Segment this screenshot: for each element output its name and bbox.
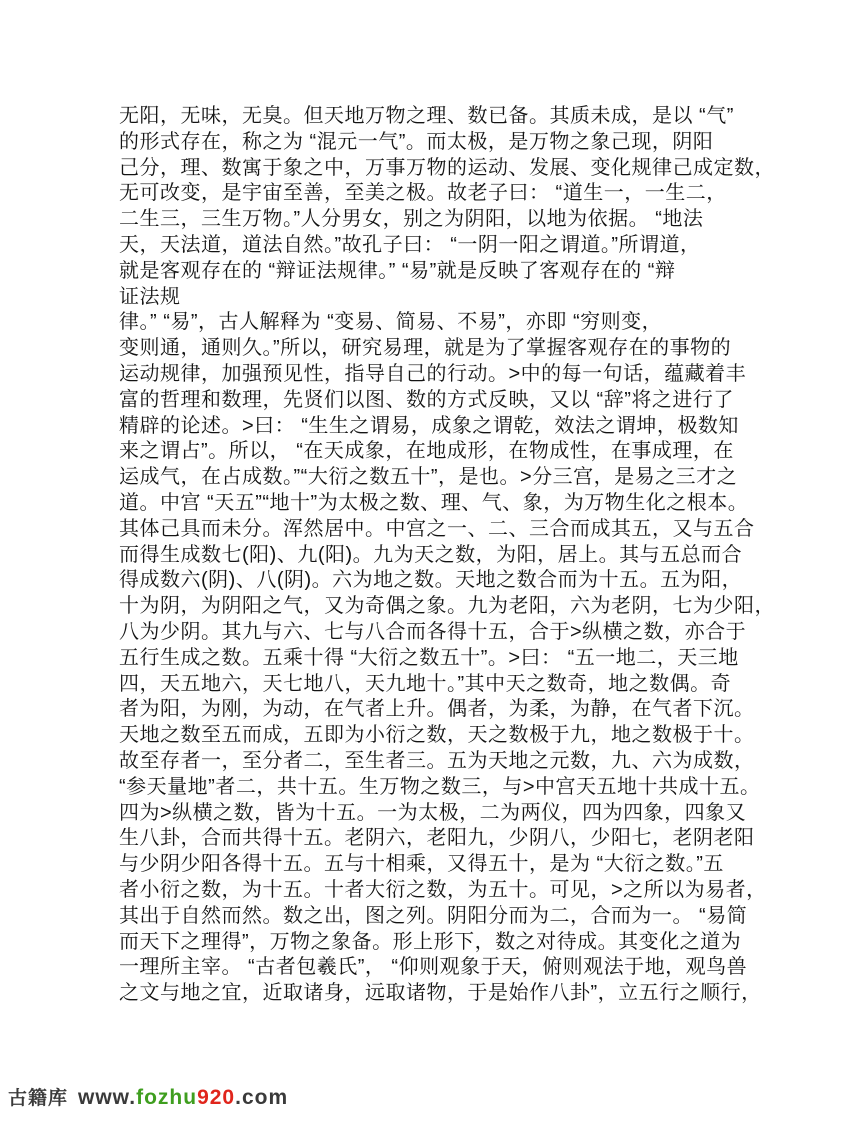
watermark-url-number: 920 (197, 1086, 235, 1109)
text-line: 其体己具而未分。浑然居中。中宫之一、二、三合而成其五，又与五合 (119, 517, 753, 543)
watermark: 古籍库 www.fozhu920.com (8, 1083, 288, 1110)
watermark-url-tld: .com (235, 1086, 288, 1109)
text-line: 五行生成之数。五乘十得 “大衍之数五十”。>曰： “五一地二，天三地 (119, 646, 753, 672)
text-line: 来之谓占”。所以， “在天成象，在地成形，在物成性，在事成理，在 (119, 439, 753, 465)
watermark-url-www: www. (78, 1086, 136, 1109)
text-line: 者为阳，为刚，为动，在气者上升。偶者，为柔，为静，在气者下沉。 (119, 697, 753, 723)
text-line: 的形式存在，称之为 “混元一气”。而太极，是万物之象己现，阴阳 (119, 130, 753, 156)
text-line: 四，天五地六，天七地八，天九地十。”其中天之数奇，地之数偶。奇 (119, 672, 753, 698)
text-line: 就是客观存在的 “辩证法规律。” “易”就是反映了客观存在的 “辩 (119, 259, 753, 285)
document-page: 无阳，无味，无臭。但天地万物之理、数已备。其质未成，是以 “气” 的形式存在，称… (0, 0, 866, 1122)
watermark-site-name: 古籍库 (8, 1083, 68, 1110)
text-line: “参天量地”者二，共十五。生万物之数三，与>中宫天五地十共成十五。 (119, 775, 753, 801)
text-line: 故至存者一，至分者二，至生者三。五为天地之元数，九、六为成数， (119, 749, 753, 775)
text-line: 二生三，三生万物。”人分男女，别之为阴阳，以地为依据。 “地法 (119, 207, 753, 233)
text-line: 无可改变，是宇宙至善，至美之极。故老子曰： “道生一，一生二， (119, 181, 753, 207)
text-line: 者小衍之数，为十五。十者大衍之数，为五十。可见，>之所以为易者， (119, 878, 753, 904)
text-line: 富的哲理和数理，先贤们以图、数的方式反映，又以 “辞”将之进行了 (119, 388, 753, 414)
text-line: 之文与地之宜，近取诸身，远取诸物，于是始作八卦”，立五行之顺行， (119, 981, 753, 1007)
text-line: 运动规律，加强预见性，指导自己的行动。>中的每一句话，蕴藏着丰 (119, 362, 753, 388)
text-line: 变则通，通则久。”所以，研究易理，就是为了掌握客观存在的事物的 (119, 336, 753, 362)
text-line: 证法规 (119, 285, 753, 311)
text-line: 得成数六(阴)、八(阴)。六为地之数。天地之数合而为十五。五为阳， (119, 568, 753, 594)
text-line: 道。中宫 “天五”“地十”为太极之数、理、气、象，为万物生化之根本。 (119, 491, 753, 517)
text-line: 生八卦，合而共得十五。老阴六，老阳九，少阴八，少阳七，老阴老阳 (119, 826, 753, 852)
text-line: 无阳，无味，无臭。但天地万物之理、数已备。其质未成，是以 “气” (119, 104, 753, 130)
text-line: 律。” “易”，古人解释为 “变易、简易、不易”，亦即 “穷则变， (119, 310, 753, 336)
text-line: 而得生成数七(阳)、九(阳)。九为天之数，为阳，居上。其与五总而合 (119, 543, 753, 569)
text-line: 天地之数至五而成，五即为小衍之数，天之数极于九，地之数极于十。 (119, 723, 753, 749)
text-line: 四为>纵横之数，皆为十五。一为太极，二为两仪，四为四象，四象又 (119, 801, 753, 827)
watermark-url: www.fozhu920.com (78, 1086, 288, 1110)
text-line: 其出于自然而然。数之出，图之列。阴阳分而为二，合而为一。 “易简 (119, 904, 753, 930)
text-line: 与少阴少阳各得十五。五与十相乘，又得五十，是为 “大衍之数。”五 (119, 852, 753, 878)
text-line: 十为阴，为阴阳之气，又为奇偶之象。九为老阳，六为老阴，七为少阳， (119, 594, 753, 620)
text-line: 而天下之理得”，万物之象备。形上形下，数之对待成。其变化之道为 (119, 930, 753, 956)
watermark-url-domain: fozhu (136, 1086, 197, 1109)
text-line: 八为少阴。其九与六、七与八合而各得十五，合于>纵横之数，亦合于 (119, 620, 753, 646)
text-line: 天，天法道，道法自然。”故孔子曰： “一阴一阳之谓道。”所谓道， (119, 233, 753, 259)
text-line: 一理所主宰。 “古者包羲氏”， “仰则观象于天，俯则观法于地，观鸟兽 (119, 955, 753, 981)
document-text: 无阳，无味，无臭。但天地万物之理、数已备。其质未成，是以 “气” 的形式存在，称… (119, 104, 753, 1007)
text-line: 精辟的论述。>曰： “生生之谓易，成象之谓乾，效法之谓坤，极数知 (119, 414, 753, 440)
text-line: 己分，理、数寓于象之中，万事万物的运动、发展、变化规律己成定数， (119, 156, 753, 182)
text-line: 运成气，在占成数。”“大衍之数五十”，是也。>分三宫，是易之三才之 (119, 465, 753, 491)
